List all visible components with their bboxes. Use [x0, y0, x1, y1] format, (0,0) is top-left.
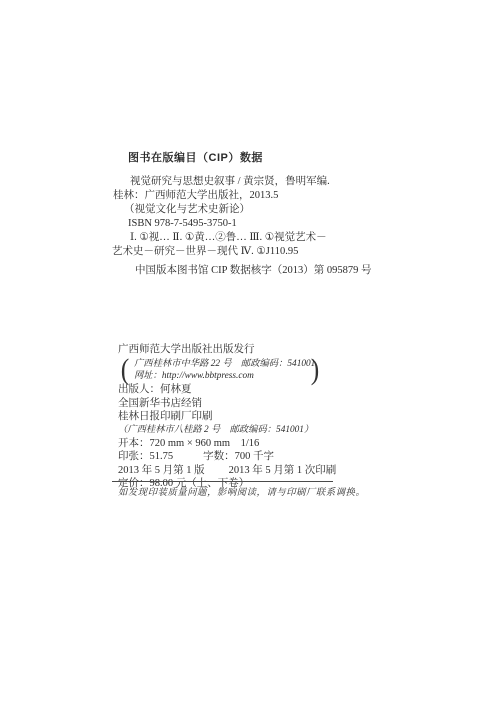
cip-classification-block: Ⅰ. ①视… Ⅱ. ①黄…②鲁… Ⅲ. ①视觉艺术－ 艺术史－研究－世界－现代 … — [112, 231, 327, 259]
imprint-sheets-row: 印张：51.75字数：700 千字 — [118, 450, 336, 463]
cip-publisher-line: 桂林：广西师范大学出版社，2013.5 — [113, 189, 330, 203]
cip-series-line: （视觉文化与艺术史新论） — [113, 203, 330, 217]
quality-note: 如发现印装质量问题，影响阅读，请与印刷厂联系调换。 — [118, 484, 365, 498]
imprint-format: 开本：720 mm × 960 mm 1/16 — [118, 437, 336, 450]
cip-heading: 图书在版编目（CIP）数据 — [128, 149, 263, 165]
divider-rule — [112, 481, 333, 482]
publisher-address-group: ( 广西桂林市中华路 22 号 邮政编码：541001 网址：http://ww… — [120, 356, 336, 383]
publisher-address-content: 广西桂林市中华路 22 号 邮政编码：541001 网址：http://www.… — [134, 358, 306, 382]
imprint-edition: 2013 年 5 月第 1 版 — [118, 465, 205, 476]
cip-classification-line-2: 艺术史－研究－世界－现代 Ⅳ. ①J110.95 — [112, 245, 327, 259]
publisher-address-line: 广西桂林市中华路 22 号 邮政编码：541001 — [134, 358, 306, 370]
publisher-website-line: 网址：http://www.bbtpress.com — [134, 370, 306, 382]
left-paren-glyph: ( — [121, 357, 130, 383]
imprint-publisher-person: 出版人：何林夏 — [118, 383, 336, 396]
imprint-distribution: 全国新华书店经销 — [118, 397, 336, 410]
imprint-edition-row: 2013 年 5 月第 1 版2013 年 5 月第 1 次印刷 — [118, 464, 336, 477]
cip-classification-line-1: Ⅰ. ①视… Ⅱ. ①黄…②鲁… Ⅲ. ①视觉艺术－ — [112, 231, 327, 245]
imprint-printer-address: （广西桂林市八桂路 2 号 邮政编码：541001） — [118, 424, 336, 437]
cip-title-author-line: 视觉研究与思想史叙事 / 黄宗贤，鲁明军编. — [113, 175, 330, 189]
cip-record-block: 视觉研究与思想史叙事 / 黄宗贤，鲁明军编. 桂林：广西师范大学出版社，2013… — [113, 175, 330, 231]
cip-isbn-line: ISBN 978-7-5495-3750-1 — [113, 217, 330, 231]
copyright-page: 图书在版编目（CIP）数据 视觉研究与思想史叙事 / 黄宗贤，鲁明军编. 桂林：… — [0, 0, 500, 707]
imprint-printing: 2013 年 5 月第 1 次印刷 — [229, 465, 337, 476]
imprint-word-count: 字数：700 千字 — [203, 451, 274, 462]
imprint-block: 广西师范大学出版社出版发行 ( 广西桂林市中华路 22 号 邮政编码：54100… — [118, 343, 336, 491]
imprint-publisher: 广西师范大学出版社出版发行 — [118, 343, 336, 356]
cip-record-number: 中国版本图书馆 CIP 数据核字（2013）第 095879 号 — [135, 262, 371, 277]
imprint-printer: 桂林日报印刷厂印刷 — [118, 410, 336, 423]
right-paren-glyph: ) — [311, 357, 320, 383]
imprint-sheets: 印张：51.75 — [118, 451, 173, 462]
